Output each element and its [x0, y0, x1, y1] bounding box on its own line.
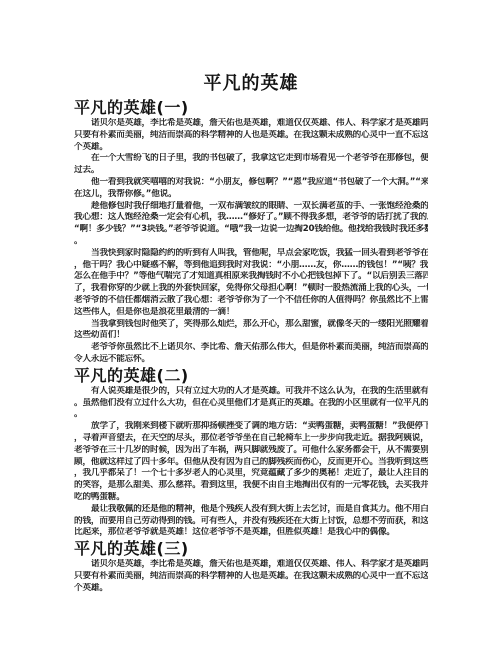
text-line: ，我几乎都呆了！一个七十多岁老人的心灵里，究竟蕴藏了多少的奥秘！走近了，最让人注…	[74, 468, 428, 480]
section-heading: 平凡的英雄(一)	[74, 98, 428, 118]
section-heading: 平凡的英雄(二)	[74, 366, 428, 386]
text-line: 最让我敬佩的还是他的精神，他是个残疾人没有到大街上去乞讨，而是自食其力。他不用白…	[74, 504, 428, 516]
text-line: 的钱，而要用自己劳动得到的钱。可有些人，并没有残疾还在大街上讨饭，总想不劳而获，…	[74, 516, 428, 528]
text-line: 令人永远不能忘怀。	[74, 354, 428, 366]
text-line: 他一看到我就笑嘻嘻的对我说：“小朋友，修包啊？”“恩”我应道“书包破了一个大洞。…	[74, 177, 428, 189]
text-line: 当我快到家时隐隐约约的听到有人叫我，管他呢，早点会家吃饭，我猛一回头看到老爷爷在…	[74, 248, 428, 260]
text-line: 过去。	[74, 165, 428, 177]
text-line: 怎么在他手中？”等他气喘完了才知道真相原来我掏钱时不小心把钱包掉下了。“以后别丢…	[74, 271, 428, 283]
text-line: 这些伟人，但是你也是浪花里最清的一滴！	[74, 307, 428, 319]
section-3: 平凡的英雄(三) 诺贝尔是英雄，李比希是英雄，詹天佑也是英雄，难道仅仅英雄、伟人…	[74, 539, 428, 594]
text-line: 比起来，那位老爷爷就是英雄！这位老爷爷不是英雄，但胜似英雄！是我心中的偶像。	[74, 527, 428, 539]
section-heading: 平凡的英雄(三)	[74, 539, 428, 559]
text-line: 老爷爷在三十几岁的时候，因为出了车祸，两只脚就残废了。可他什么家务都会干，从不需…	[74, 445, 428, 457]
document-title: 平凡的英雄	[74, 72, 428, 96]
document-page: 平凡的英雄 平凡的英雄(一) 诺贝尔是英雄，李比希是英雄，詹天佑也是英雄，难道仅…	[74, 72, 428, 594]
section-body: 有人说英雄是很少的，只有立过大功的人才是英雄。可我并不这么认为，在我的生活里就有…	[74, 386, 428, 539]
section-body: 诺贝尔是英雄，李比希是英雄，詹天佑也是英雄，难道仅仅英雄、伟人、科学家才是英雄吗…	[74, 559, 428, 594]
text-line: 放学了，我刚来到楼下就听那抑扬顿挫变了调的地方话：“卖鸭蛋糖，卖鸭蛋糖！”我便停…	[74, 421, 428, 433]
text-line: 老爷爷的不信任都烟消云散了我心想：老爷爷你为了一个不信任你的人值得吗？你虽然比不…	[74, 295, 428, 307]
text-line: 这些幼苗们！	[74, 330, 428, 342]
text-line: 吃的鸭蛋糖。	[74, 492, 428, 504]
text-line: 顾，他就这样过了四十多年。但他从没有因为自己的脚残疾而伤心，反而更开心。当我听到…	[74, 457, 428, 469]
text-line: “啊！多少钱？”“3块钱。”老爷爷说道。“哦”我一边说一边掏20钱给他。他找给我…	[74, 224, 428, 236]
text-line: 有人说英雄是很少的，只有立过大功的人才是英雄。可我并不这么认为，在我的生活里就有…	[74, 386, 428, 398]
section-1: 平凡的英雄(一) 诺贝尔是英雄，李比希是英雄，詹天佑也是英雄，难道仅仅英雄、伟人…	[74, 98, 428, 366]
text-line: ，寻着声音望去，在天空的尽头，那位老爷爷坐在自己轮椅车上一步步向我走近。据我阿姨…	[74, 433, 428, 445]
section-2: 平凡的英雄(二) 有人说英雄是很少的，只有立过大功的人才是英雄。可我并不这么认为…	[74, 366, 428, 539]
text-line: 了，我看你穿的少就上我的外套快回家，免得你父母担心啊！”顿时一股热流涌上我的心头…	[74, 283, 428, 295]
text-line: 当我拿到钱包时他笑了，笑得那么灿烂，那么开心，那么甜蜜，就像冬天的一缕阳光照耀着…	[74, 319, 428, 331]
text-line: 在一个大雪纷飞的日子里，我的书包破了，我拿这它走到市场看见一个老爷爷在那修包，便…	[74, 153, 428, 165]
section-body: 诺贝尔是英雄，李比希是英雄，詹天佑也是英雄，难道仅仅英雄、伟人、科学家才是英雄吗…	[74, 118, 428, 366]
text-line: 的笑容，是那么甜美、那么慈祥。看到这里，我便不由自主地掏出仅有的一元零花钱，去买…	[74, 480, 428, 492]
text-line: 诺贝尔是英雄，李比希是英雄，詹天佑也是英雄，难道仅仅英雄、伟人、科学家才是英雄吗…	[74, 118, 428, 130]
text-line: 诺贝尔是英雄，李比希是英雄，詹天佑也是英雄，难道仅仅英雄、伟人、科学家才是英雄吗…	[74, 559, 428, 571]
text-line: 。虽然他们没有立过什么大功，但在心灵里他们才是真正的英雄。在我的小区里就有一位平…	[74, 398, 428, 410]
text-line: 在这儿，我帮你修。”他说。	[74, 189, 428, 201]
text-line: 老爷爷你虽然比不上诺贝尔、李比希、詹天佑那么伟大，但是你朴素而美丽，纯洁而崇高的…	[74, 342, 428, 354]
text-line: 只要有朴素而美丽，纯洁而崇高的科学精神的人也是英雄。在我这颗未成熟的心灵中一直不…	[74, 130, 428, 142]
text-line: 个英雄。	[74, 583, 428, 595]
text-line: 我心想：这人饱经沧桑一定会有心机，我……“修好了。”顾不得我多想，老爷爷的话打扰…	[74, 212, 428, 224]
text-line: ，他干吗？我心中疑惑不解，等到他追到我时对我说：“小朋……友，你……的钱包！”“…	[74, 260, 428, 272]
text-line: 个英雄。	[74, 142, 428, 154]
text-line: 。	[74, 236, 428, 248]
text-line: 。	[74, 409, 428, 421]
text-line: 只要有朴素而美丽，纯洁而崇高的科学精神的人也是英雄。在我这颗未成熟的心灵中一直不…	[74, 571, 428, 583]
text-line: 趁他修包时我仔细地打量着他，一双布满皱纹的眼睛、一双长满老茧的手、一张饱经沧桑的…	[74, 201, 428, 213]
